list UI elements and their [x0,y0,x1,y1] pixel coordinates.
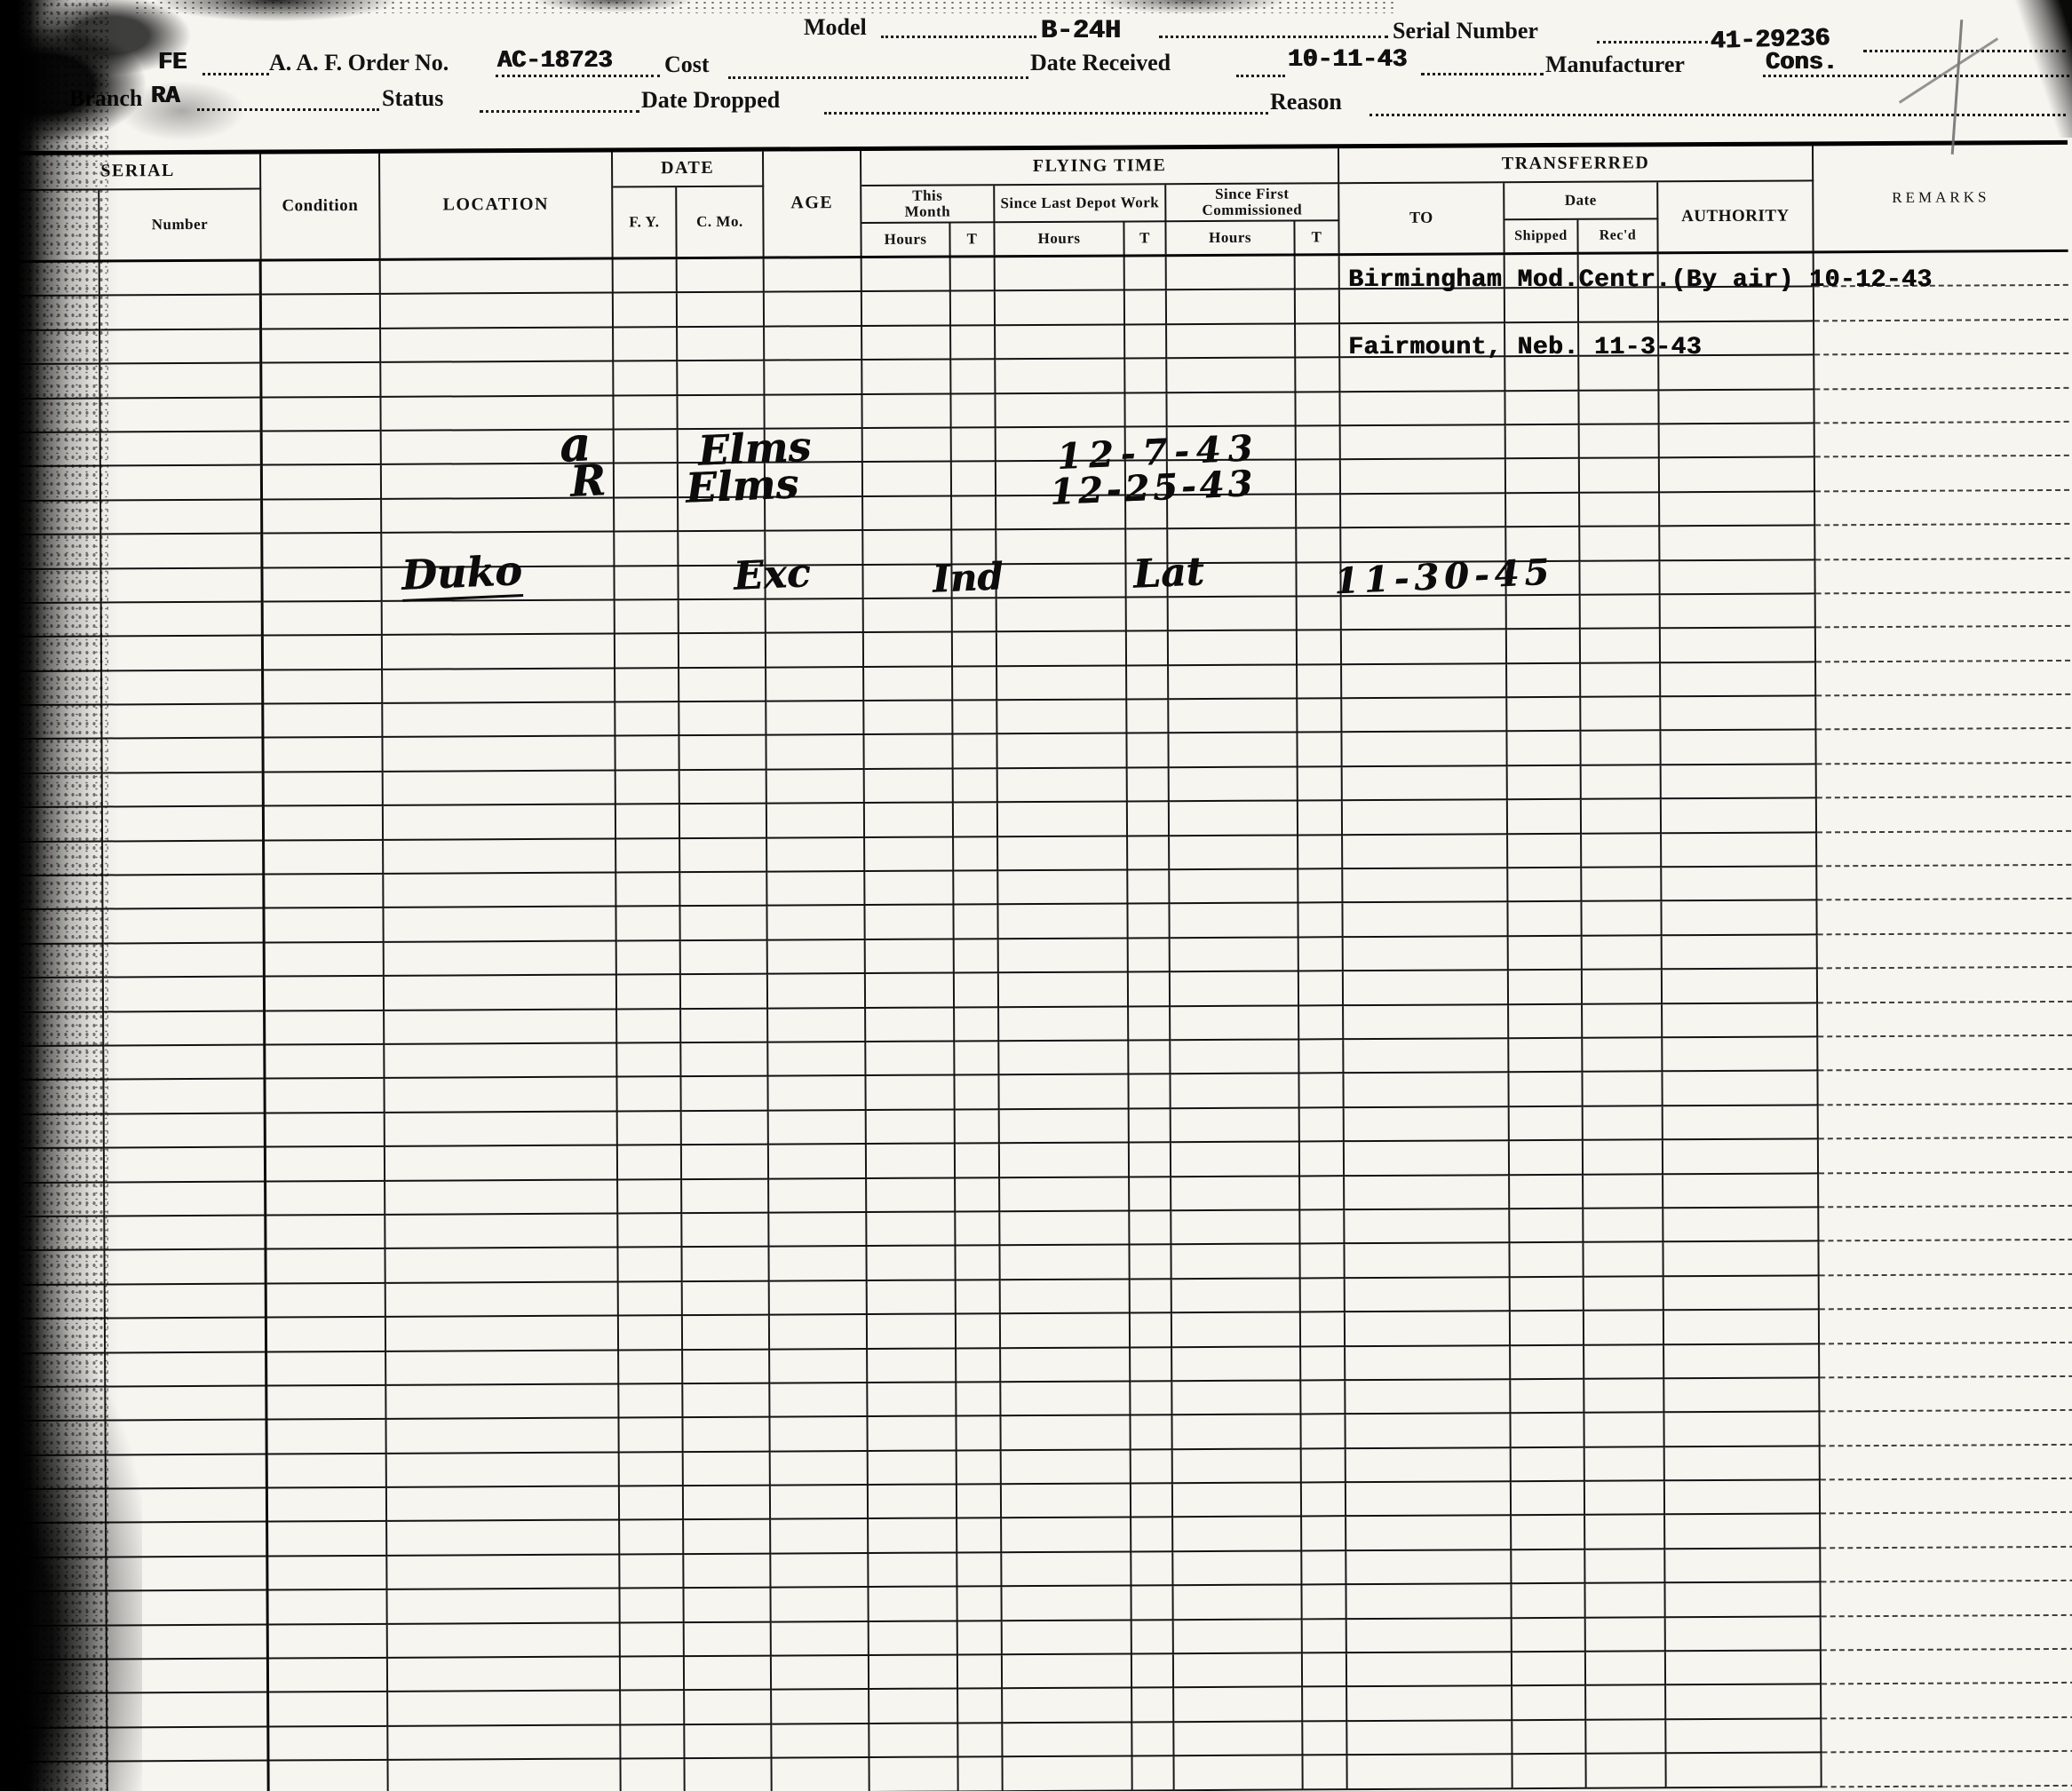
table-cell [1663,935,1818,970]
table-cell [267,1318,386,1352]
table-cell [1128,905,1170,939]
table-cell [999,1007,1129,1042]
table-cell [1664,1413,1820,1447]
table-cell [1512,1618,1586,1652]
table-cell [1814,388,2068,424]
table-cell [680,804,767,839]
table-cell [1129,1007,1171,1042]
table-cell [1171,1245,1300,1280]
table-cell [1505,255,1579,289]
table-cell [685,1724,772,1759]
table-cell [1584,1140,1663,1175]
table-cell [382,533,615,568]
table-cell [104,943,266,978]
table-cell [268,1454,387,1489]
table-cell [956,1178,1000,1213]
table-cell [386,1282,619,1318]
manufacturer-value: Cons. [1766,50,1838,76]
table-cell [1505,289,1579,323]
dotted-leader [1159,36,1388,38]
table-cell [1817,797,2071,833]
table-cell [1340,323,1505,358]
table-cell [1584,1209,1663,1243]
table-cell [388,1692,621,1727]
table-cell [682,1111,769,1145]
table-cell [685,1759,772,1791]
table-cell [767,804,865,838]
table-cell [1663,1140,1819,1175]
table-cell [1001,1382,1131,1416]
table-cell [1665,1583,1821,1618]
table-cell [618,1180,682,1215]
table-cell [1512,1584,1585,1619]
table-cell [616,907,680,942]
table-cell [1345,1107,1510,1142]
table-cell [1659,253,1814,288]
table-cell [998,803,1128,837]
table-cell [766,633,864,668]
table-cell [1512,1652,1586,1687]
table-cell [266,1147,385,1182]
table-cell [957,1451,1002,1486]
table-cell [1347,1755,1512,1789]
table-cell [1664,1344,1820,1379]
table-cell [771,1554,869,1589]
table-cell [267,1386,386,1421]
table-cell [1125,359,1167,393]
table-cell [999,1041,1129,1075]
table-cell [1505,391,1579,425]
table-cell [1303,1755,1347,1790]
table-cell [1125,325,1167,360]
table-cell [768,974,866,1009]
table-cell [1345,1244,1510,1279]
table-cell [678,327,765,361]
table-cell [1660,560,1815,595]
table-cell [1343,766,1508,801]
table-cell [621,1691,685,1725]
table-cell [268,1557,387,1591]
table-cell [266,1010,385,1045]
table-cell [1512,1482,1585,1517]
table-cell [1130,1143,1171,1177]
table-cell [1126,529,1168,564]
table-cell [262,363,381,398]
table-cell [862,326,951,361]
header-location: LOCATION [380,152,614,258]
table-cell [1172,1313,1301,1348]
table-cell [1130,1109,1171,1144]
table-cell [1582,868,1662,902]
table-cell [1818,934,2072,970]
table-cell [382,498,615,534]
table-cell [1512,1550,1585,1585]
table-cell [679,464,766,498]
table-cell [267,1284,386,1319]
table-cell [1509,971,1583,1005]
table-cell [1342,698,1507,733]
table-cell [1580,493,1660,527]
table-cell [1818,1036,2072,1072]
table-cell [868,1417,957,1452]
table-cell [1170,767,1298,802]
table-cell [616,804,680,839]
table-cell [266,977,385,1011]
table-cell [614,293,678,328]
table-cell [382,430,615,465]
table-cell [617,975,681,1010]
table-cell [1509,1039,1583,1074]
table-cell [1508,834,1582,868]
table-cell [1512,1721,1586,1755]
table-cell [866,1076,955,1111]
table-cell [107,1727,269,1762]
table-cell [381,328,614,363]
table-cell [684,1486,771,1521]
table-cell [382,567,615,602]
table-cell [20,944,104,979]
table-cell [1585,1447,1665,1482]
table-cell [25,1763,108,1791]
table-cell [1340,255,1505,289]
table-cell [1131,1313,1172,1348]
table-cell [1665,1446,1821,1481]
table-cell [264,704,383,739]
table-cell [1663,1003,1818,1038]
table-cell [1585,1584,1665,1619]
scan-top-smear [155,0,395,21]
table-cell [1665,1480,1821,1515]
table-cell [1510,1107,1584,1142]
header-transferred: TRANSFERRED [1339,146,1814,184]
table-cell [1303,1620,1347,1654]
table-cell [1585,1516,1665,1550]
table-cell [952,496,996,531]
aircraft-record-card: Model B-24H Serial Number 41-29236 FE A.… [0,0,2072,1791]
table-cell [997,598,1127,632]
table-cell [1298,801,1343,836]
table-cell [864,598,953,633]
table-cell [100,329,262,364]
table-cell [262,397,381,432]
table-cell [1297,461,1341,495]
table-cell [1506,494,1580,528]
table-cell [1129,1075,1171,1110]
table-cell [1580,424,1660,459]
table-cell [869,1451,957,1486]
table-cell [1584,1311,1664,1345]
table-cell [1298,597,1342,631]
cost-label: Cost [664,52,710,78]
table-cell [765,258,862,293]
table-cell [1131,1348,1172,1383]
table-cell [1819,1138,2072,1174]
table-cell [772,1758,869,1791]
scan-top-edge-speckle [133,0,1394,13]
table-cell [17,365,100,400]
table-cell [19,671,102,706]
table-cell [1509,1004,1583,1039]
table-cell [999,939,1129,973]
table-cell [615,498,679,533]
table-cell [769,1247,867,1281]
table-cell [1346,1380,1511,1415]
table-cell [23,1524,107,1558]
table-cell [383,703,615,739]
table-cell [1171,1177,1300,1211]
table-cell [1340,289,1505,324]
date-received-label: Date Received [1030,50,1171,76]
table-cell [1580,527,1660,561]
table-cell [866,939,955,974]
table-cell [1171,1210,1300,1245]
table-cell [614,328,678,362]
table-cell [768,1042,866,1077]
table-cell [1126,427,1168,462]
table-cell [1298,904,1343,939]
table-cell [1173,1484,1302,1518]
table-cell [1130,1211,1171,1246]
table-cell [18,432,101,467]
table-cell [1506,527,1580,562]
table-cell [865,872,954,907]
aaf-order-label: A. A. F. Order No. [269,50,449,76]
table-cell [106,1386,267,1421]
table-cell [266,943,385,978]
table-cell [388,1760,621,1791]
scan-top-smear [533,0,693,12]
table-cell [1821,1581,2072,1617]
status-label: Status [382,85,443,112]
table-cell [269,1692,388,1727]
table-cell [683,1316,770,1351]
table-cell [1663,1072,1818,1106]
table-cell [616,839,680,874]
table-cell [958,1621,1003,1656]
table-cell [1508,766,1582,801]
table-cell [1001,1416,1131,1451]
table-cell [1507,663,1581,698]
table-cell [1001,1280,1131,1314]
table-cell [1666,1685,1822,1720]
table-cell [1341,460,1506,495]
table-cell [1298,699,1342,733]
table-cell [957,1383,1001,1417]
table-cell [106,1352,267,1387]
reason-label: Reason [1270,89,1342,115]
table-cell [1585,1481,1665,1516]
table-cell [957,1314,1001,1349]
table-cell [266,1216,385,1250]
table-cell [19,706,102,741]
table-cell [1172,1381,1301,1415]
table-cell [385,1010,617,1045]
table-cell [1819,1105,2072,1140]
table-cell [1585,1549,1665,1584]
table-cell [678,361,765,396]
table-cell [1346,1346,1511,1381]
table-cell [101,432,263,467]
table-cell [1002,1518,1131,1553]
table-cell [1301,1415,1346,1449]
table-cell [381,396,614,432]
table-cell [1659,356,1814,391]
table-cell [1581,732,1661,766]
table-cell [1168,461,1297,495]
table-cell [1172,1347,1301,1382]
table-cell [863,463,952,497]
table-cell [102,602,264,637]
table-cell [617,1077,681,1112]
table-cell [1346,1584,1512,1619]
table-cell [1662,901,1817,936]
table-cell [1131,1280,1172,1314]
table-cell [1300,1177,1345,1211]
table-cell [621,1623,685,1658]
table-cell [955,939,999,974]
table-cell [621,1657,685,1692]
table-cell [386,1351,619,1386]
table-cell [1581,663,1661,698]
header-serial: SERIAL [16,155,261,191]
table-cell [998,905,1128,939]
table-cell [267,1420,386,1454]
table-cell [1132,1654,1174,1689]
table-cell [1344,1074,1509,1108]
table-cell [1126,495,1168,530]
table-cell [24,1626,107,1660]
table-cell [1820,1343,2072,1378]
table-cell [387,1555,620,1590]
table-cell [104,1011,266,1046]
table-cell [869,1724,958,1758]
table-cell [1666,1617,1822,1652]
table-cell [678,395,765,430]
table-cell [1509,1073,1583,1107]
header-fy: F. Y. [613,187,677,257]
table-cell [105,1250,266,1285]
table-cell [1580,459,1660,494]
table-cell [1664,1310,1820,1344]
table-cell [679,566,766,600]
table-cell [1127,632,1169,667]
table-cell [956,1110,1000,1145]
header-condition: Condition [261,154,381,259]
table-cell [18,569,101,604]
table-cell [1168,563,1297,598]
table-cell [388,1725,621,1761]
table-cell [1662,765,1817,799]
table-cell [383,669,615,704]
table-cell [1342,733,1507,767]
table-cell [958,1655,1003,1690]
table-cell [620,1486,684,1521]
table-cell [951,326,996,361]
table-cell [615,634,679,669]
table-cell [105,1216,266,1250]
table-cell [771,1588,869,1622]
table-cell [1510,1141,1584,1176]
table-cell [957,1349,1001,1383]
table-cell [1346,1550,1512,1585]
table-cell [772,1656,869,1691]
table-cell [384,805,616,841]
table-cell [1343,835,1508,869]
table-cell [952,463,996,497]
table-cell [20,842,103,876]
table-cell [266,1249,385,1284]
header-cmo: C. Mo. [677,187,764,258]
table-cell [1664,1276,1820,1311]
table-cell [1510,1243,1584,1278]
table-cell [679,532,766,567]
header-t: T [950,223,995,255]
table-cell [1820,1377,2072,1413]
table-cell [1665,1549,1821,1583]
table-cell [1510,1209,1584,1244]
table-cell [869,1486,957,1520]
table-cell [1001,1314,1131,1349]
table-cell [765,395,862,430]
table-cell [619,1282,683,1317]
table-cell [108,1762,270,1791]
table-cell [1296,256,1340,290]
table-cell [1512,1447,1585,1482]
table-cell [996,291,1125,326]
table-cell [996,257,1125,291]
table-cell [387,1487,620,1523]
table-cell [22,1353,106,1388]
table-cell [679,599,766,634]
table-cell [954,837,998,872]
table-cell [1128,802,1170,836]
model-label: Model [804,14,867,41]
table-cell [619,1384,683,1419]
table-cell [1344,1039,1509,1074]
table-cell [20,1046,104,1081]
table-cell [957,1519,1002,1554]
table-cell [769,1179,867,1214]
scan-top-smear [1092,0,1288,14]
table-cell [1660,424,1815,458]
table-cell [1131,1518,1173,1553]
table-cell [617,1043,681,1078]
table-cell [867,1110,956,1145]
table-cell [1301,1381,1346,1415]
table-cell [998,836,1128,871]
table-cell [1511,1380,1584,1415]
table-cell [683,1418,770,1453]
table-cell [1173,1586,1302,1621]
table-cell [681,1043,768,1078]
table-cell [767,906,865,940]
table-cell [681,975,768,1010]
table-cell [263,465,382,500]
table-cell [1815,456,2069,492]
table-cell [863,496,952,531]
table-cell [954,803,998,837]
table-cell [1173,1449,1302,1484]
table-cell [1130,1177,1171,1212]
table-cell [1297,495,1341,529]
table-cell [1814,286,2068,321]
table-cell [996,462,1126,496]
table-cell [107,1660,269,1694]
table-cell [1662,799,1817,834]
table-cell [1663,1208,1819,1242]
table-cell [1302,1585,1346,1620]
table-cell [998,768,1128,803]
